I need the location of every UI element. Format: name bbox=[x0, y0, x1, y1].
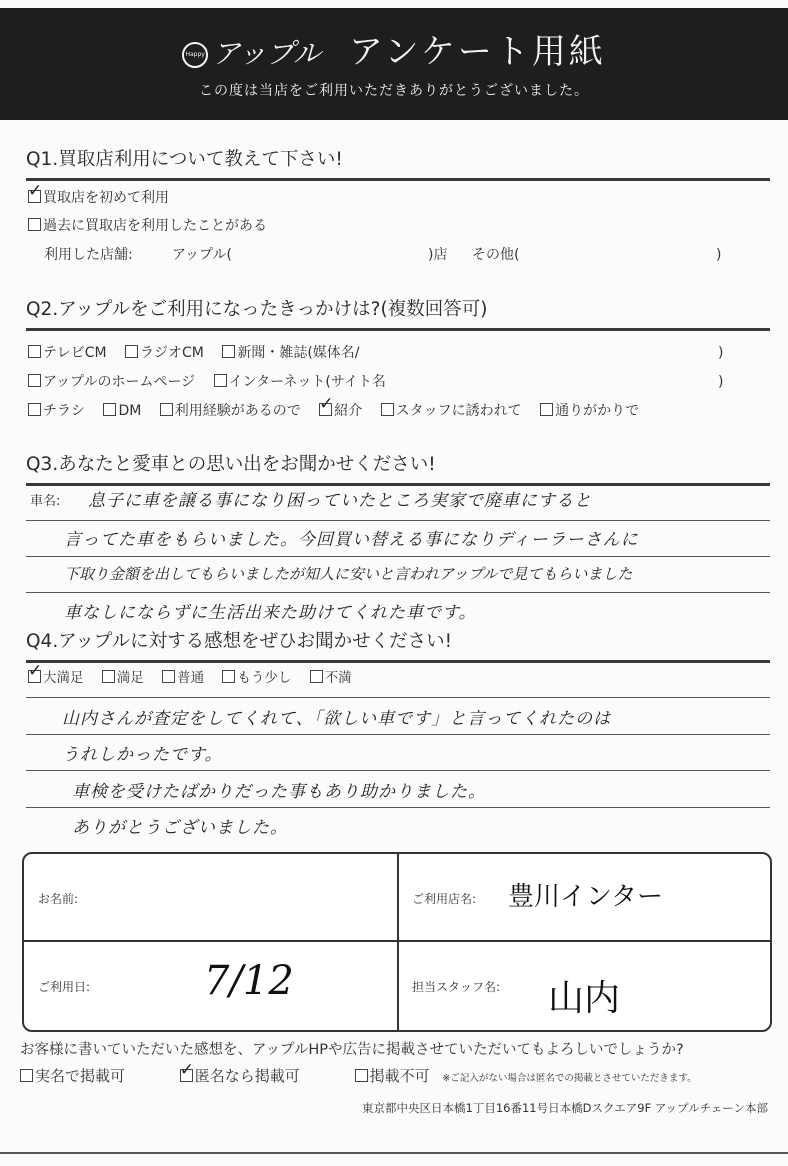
q3-answer-line-1: 息子に車を譲る事になり困っていたところ実家で廃車にすると bbox=[88, 486, 592, 511]
ruled-line bbox=[26, 734, 770, 735]
q2-option-staff[interactable]: スタッフに誘われて bbox=[381, 403, 522, 419]
q2-row-1-close: ) bbox=[718, 343, 723, 363]
q3-car-label: 車名: bbox=[30, 492, 60, 512]
store-name-label: ご利用店名: bbox=[412, 890, 476, 907]
ruled-line bbox=[26, 697, 770, 698]
q2-option-experience[interactable]: 利用経験があるので bbox=[160, 403, 301, 419]
brand-name: アップル bbox=[212, 37, 321, 70]
checkbox-icon[interactable] bbox=[222, 670, 235, 683]
ruled-line bbox=[26, 556, 770, 557]
brand-logo: Happyアップル bbox=[182, 34, 321, 74]
q2-row-3: チラシ DM 利用経験があるので 紹介 スタッフに誘われて 通りがかりで bbox=[28, 401, 653, 421]
consent-option-real-name[interactable]: 実名で掲載可 bbox=[20, 1067, 125, 1085]
q2-option-referral[interactable]: 紹介 bbox=[319, 403, 362, 419]
q3-answer-line-2: 言ってた車をもらいました。今回買い替える事になりディーラーさんに bbox=[64, 525, 639, 550]
q2-row-2: アップルのホームページ インターネット(サイト名 bbox=[28, 372, 400, 392]
ruled-line bbox=[26, 770, 770, 771]
checkbox-icon[interactable] bbox=[214, 374, 227, 387]
q4-answer-line-4: ありがとうございました。 bbox=[72, 813, 288, 838]
q4-option-normal[interactable]: 普通 bbox=[162, 670, 204, 686]
customer-info-box: お名前: ご利用店名: 豊川インター ご利用日: 7/12 担当スタッフ名: 山… bbox=[22, 852, 772, 1032]
q4-answer-line-2: うれしかったです。 bbox=[62, 740, 223, 765]
checkbox-icon[interactable] bbox=[102, 670, 115, 683]
q1-store-other-open: その他( bbox=[472, 245, 519, 265]
q2-option-passing[interactable]: 通りがかりで bbox=[540, 403, 639, 419]
date-label: ご利用日: bbox=[38, 978, 90, 995]
checkbox-icon[interactable] bbox=[310, 670, 323, 683]
checkbox-icon[interactable] bbox=[28, 218, 41, 231]
checkbox-icon[interactable] bbox=[125, 345, 138, 358]
q2-option-tv[interactable]: テレビCM bbox=[28, 345, 107, 361]
date-field[interactable]: 7/12 bbox=[204, 958, 294, 1004]
checkbox-checked-icon[interactable] bbox=[180, 1069, 193, 1082]
name-label: お名前: bbox=[38, 890, 78, 907]
checkbox-checked-icon[interactable] bbox=[28, 670, 41, 683]
consent-option-decline[interactable]: 掲載不可 bbox=[355, 1067, 430, 1085]
q1-store-other-close: ) bbox=[716, 245, 721, 265]
checkbox-icon[interactable] bbox=[20, 1069, 33, 1082]
checkbox-checked-icon[interactable] bbox=[28, 190, 41, 203]
ruled-line bbox=[26, 592, 770, 593]
checkbox-icon[interactable] bbox=[103, 403, 116, 416]
checkbox-icon[interactable] bbox=[222, 345, 235, 358]
q2-row-2-close: ) bbox=[718, 372, 723, 392]
q3-heading: Q3.あなたと愛車との思い出をお聞かせください! bbox=[26, 453, 770, 486]
checkbox-checked-icon[interactable] bbox=[319, 403, 332, 416]
page-edge-line bbox=[0, 1152, 788, 1154]
checkbox-icon[interactable] bbox=[162, 670, 175, 683]
checkbox-icon[interactable] bbox=[28, 345, 41, 358]
q4-options: 大満足 満足 普通 もう少し 不満 bbox=[28, 668, 366, 688]
footer-address: 東京都中央区日本橋1丁目16番11号日本橋Dスクエア9F アップルチェーン本部 bbox=[362, 1100, 768, 1116]
q4-answer-line-3: 車検を受けたばかりだった事もあり助かりました。 bbox=[72, 777, 486, 802]
q2-option-internet[interactable]: インターネット(サイト名 bbox=[214, 374, 386, 390]
staff-label: 担当スタッフ名: bbox=[412, 978, 500, 995]
consent-question: お客様に書いていただいた感想を、アップルHPや広告に掲載させていただいてもよろし… bbox=[20, 1040, 684, 1060]
q2-option-flyer[interactable]: チラシ bbox=[28, 403, 85, 419]
q2-row-1: テレビCM ラジオCM 新聞・雑誌(媒体名/ bbox=[28, 343, 374, 363]
form-subtitle: この度は当店をご利用いただきありがとうございました。 bbox=[0, 80, 788, 100]
consent-options: 実名で掲載可 匿名なら掲載可 掲載不可 ※ご記入がない場合は匿名での掲載とさせて… bbox=[20, 1066, 697, 1089]
checkbox-icon[interactable] bbox=[381, 403, 394, 416]
divider bbox=[24, 940, 770, 942]
q2-option-radio[interactable]: ラジオCM bbox=[125, 345, 204, 361]
ruled-line bbox=[26, 520, 770, 521]
checkbox-icon[interactable] bbox=[28, 374, 41, 387]
consent-option-anonymous[interactable]: 匿名なら掲載可 bbox=[180, 1067, 300, 1085]
apple-logo-icon: Happy bbox=[182, 42, 208, 68]
q1-option-used-before[interactable]: 過去に買取店を利用したことがある bbox=[28, 216, 267, 236]
form-title: アンケート用紙 bbox=[349, 32, 606, 72]
q4-option-unsatisfied[interactable]: 不満 bbox=[310, 670, 352, 686]
q1-option-first-time[interactable]: 買取店を初めて利用 bbox=[28, 188, 169, 208]
q2-option-dm[interactable]: DM bbox=[103, 403, 141, 419]
q3-answer-line-4: 車なしにならずに生活出来た助けてくれた車です。 bbox=[64, 598, 477, 623]
q1-store-label: 利用した店舗: bbox=[44, 245, 133, 265]
consent-note: ※ご記入がない場合は匿名での掲載とさせていただきます。 bbox=[442, 1073, 696, 1084]
q3-answer-line-3: 下取り金額を出してもらいましたが知人に安いと言われアップルで見てもらいました bbox=[64, 563, 632, 584]
q4-option-not-quite[interactable]: もう少し bbox=[222, 670, 291, 686]
q1-heading: Q1.買取店利用について教えて下さい! bbox=[26, 148, 770, 181]
checkbox-icon[interactable] bbox=[540, 403, 553, 416]
form-header: Happyアップル アンケート用紙 この度は当店をご利用いただきありがとうござい… bbox=[0, 8, 788, 120]
q4-option-very-satisfied[interactable]: 大満足 bbox=[28, 670, 84, 686]
q2-heading: Q2.アップルをご利用になったきっかけは?(複数回答可) bbox=[26, 298, 770, 331]
checkbox-icon[interactable] bbox=[355, 1069, 368, 1082]
q2-option-newspaper[interactable]: 新聞・雑誌(媒体名/ bbox=[222, 345, 359, 361]
q1-store-apple-open: アップル( bbox=[172, 245, 232, 265]
divider bbox=[397, 854, 399, 1030]
store-name-field[interactable]: 豊川インター bbox=[508, 876, 663, 913]
q4-option-satisfied[interactable]: 満足 bbox=[102, 670, 144, 686]
form-title-row: Happyアップル アンケート用紙 bbox=[0, 32, 788, 74]
q4-heading: Q4.アップルに対する感想をぜひお聞かせください! bbox=[26, 630, 770, 663]
ruled-line bbox=[26, 807, 770, 808]
checkbox-icon[interactable] bbox=[160, 403, 173, 416]
q2-option-homepage[interactable]: アップルのホームページ bbox=[28, 374, 195, 390]
q4-answer-line-1: 山内さんが査定をしてくれて、「欲しい車です」と言ってくれたのは bbox=[62, 704, 611, 729]
q1-store-apple-close: )店 bbox=[428, 245, 447, 265]
staff-field[interactable]: 山内 bbox=[548, 970, 620, 1021]
checkbox-icon[interactable] bbox=[28, 403, 41, 416]
